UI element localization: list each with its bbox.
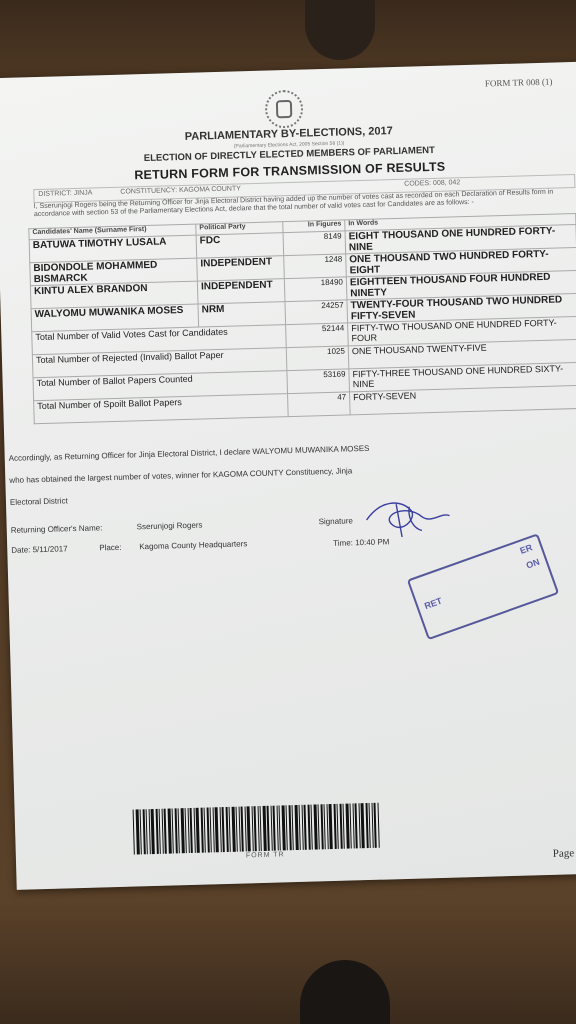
return-form-sheet: FORM TR 008 (1) PARLIAMENTARY BY-ELECTIO… (0, 62, 576, 890)
time-label: Time: 10:40 PM (333, 537, 389, 548)
officer-name: Sserunjogi Rogers (137, 521, 203, 532)
page-label: Page : (553, 847, 576, 860)
total-figures: 47 (288, 392, 351, 417)
officer-label: Returning Officer's Name: (11, 523, 103, 535)
date-label: Date: 5/11/2017 (11, 544, 68, 555)
candidate-party: INDEPENDENT (197, 256, 285, 281)
candidate-party: INDEPENDENT (197, 279, 285, 304)
background-foot (305, 0, 375, 60)
candidate-party: FDC (196, 233, 284, 258)
votes-figures: 8149 (283, 231, 346, 256)
total-figures: 53169 (287, 369, 350, 394)
place-value: Kagoma County Headquarters (139, 539, 247, 551)
place-label: Place: (99, 543, 121, 553)
declaration-line-1: Accordingly, as Returning Officer for Ji… (9, 438, 569, 463)
votes-figures: 18490 (284, 277, 347, 302)
district-label: DISTRICT: JINJA (38, 189, 92, 198)
returning-officer-stamp: RET ER ON (407, 533, 559, 640)
form-barcode (133, 800, 464, 854)
total-figures: 1025 (286, 346, 349, 371)
form-number: FORM TR 008 (1) (485, 77, 553, 89)
signature-scribble-icon (361, 498, 452, 540)
constituency-label: CONSTITUENCY: KAGOMA COUNTY (120, 185, 241, 195)
results-table: Candidates' Name (Surname First) Politic… (28, 213, 576, 424)
votes-figures: 24257 (285, 300, 348, 325)
declaration-line-2: who has obtained the largest number of v… (9, 460, 569, 485)
barcode-label: FORM TR (246, 851, 285, 859)
votes-figures: 1248 (284, 254, 347, 279)
codes-label: CODES: 008, 042 (404, 179, 460, 188)
candidate-party: NRM (198, 302, 286, 327)
background-shoe (300, 960, 390, 1024)
declaration-line-3: Electoral District (10, 482, 570, 507)
signature-label: Signature (319, 516, 353, 526)
electoral-commission-emblem-icon (265, 90, 304, 129)
total-figures: 52144 (286, 323, 349, 348)
